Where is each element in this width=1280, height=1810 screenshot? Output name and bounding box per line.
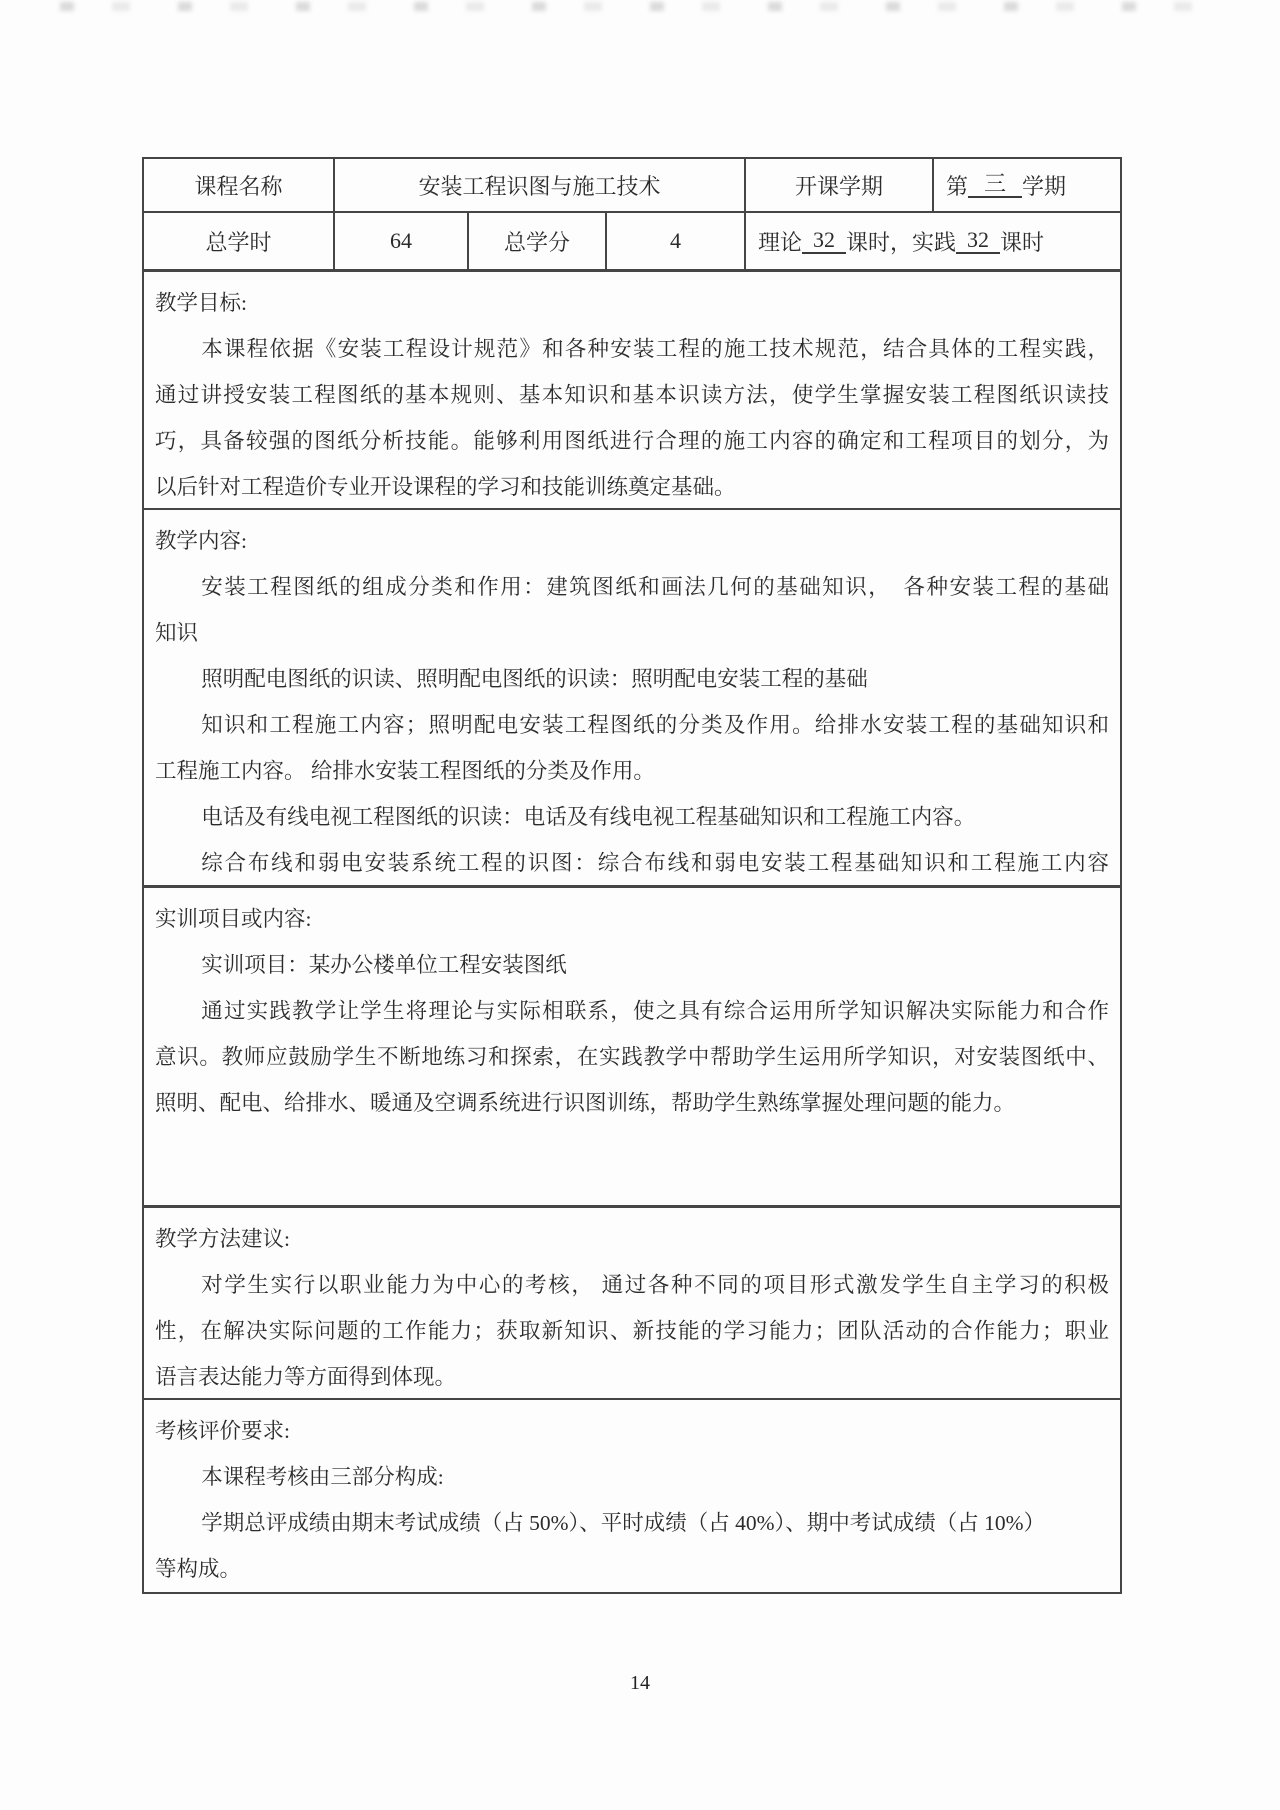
total-hours-label: 总学时 xyxy=(144,213,335,269)
text-line: 安装工程图纸的组成分类和作用：建筑图纸和画法几何的基础知识， 各种安装工程的基础 xyxy=(155,564,1109,610)
text-line: 通过实践教学让学生将理论与实际相联系，使之具有综合运用所学知识解决实际能力和合作 xyxy=(155,988,1109,1034)
section-body: 实训项目：某办公楼单位工程安装图纸通过实践教学让学生将理论与实际相联系，使之具有… xyxy=(155,942,1109,1126)
text-line: 对学生实行以职业能力为中心的考核， 通过各种不同的项目形式激发学生自主学习的积极 xyxy=(155,1262,1109,1308)
text-line: 本课程依据《安装工程设计规范》和各种安装工程的施工技术规范，结合具体的工程实践， xyxy=(155,326,1109,372)
text-line: 通过讲授安装工程图纸的基本规则、基本知识和基本识读方法，使学生掌握安装工程图纸识… xyxy=(155,372,1109,418)
section-title: 教学内容: xyxy=(155,518,1109,564)
semester-value: 三 xyxy=(968,172,1022,197)
section-practical-training: 实训项目或内容: 实训项目：某办公楼单位工程安装图纸通过实践教学让学生将理论与实… xyxy=(144,888,1120,1208)
total-credits-label: 总学分 xyxy=(469,213,607,269)
text-line: 学期总评成绩由期末考试成绩（占 50%）、平时成绩（占 40%）、期中考试成绩（… xyxy=(155,1500,1109,1546)
section-body: 安装工程图纸的组成分类和作用：建筑图纸和画法几何的基础知识， 各种安装工程的基础… xyxy=(155,564,1109,886)
theory-label: 理论 xyxy=(758,226,802,257)
table-row-course: 课程名称 安装工程识图与施工技术 开课学期 第三学期 xyxy=(144,159,1120,213)
semester-prefix: 第 xyxy=(946,170,968,201)
semester-label: 开课学期 xyxy=(746,159,934,211)
practice-hours-value: 32 xyxy=(956,228,1000,253)
section-teaching-content: 教学内容: 安装工程图纸的组成分类和作用：建筑图纸和画法几何的基础知识， 各种安… xyxy=(144,510,1120,888)
text-line: 性，在解决实际问题的工作能力；获取新知识、新技能的学习能力；团队活动的合作能力；… xyxy=(155,1308,1109,1354)
text-line: 综合布线和弱电安装系统工程的识图：综合布线和弱电安装工程基础知识和工程施工内容 xyxy=(155,840,1109,886)
text-line: 以后针对工程造价专业开设课程的学习和技能训练奠定基础。 xyxy=(155,464,1109,510)
hours-suffix-label: 课时 xyxy=(1000,226,1044,257)
section-title: 考核评价要求: xyxy=(155,1408,1109,1454)
section-body: 本课程考核由三部分构成:学期总评成绩由期末考试成绩（占 50%）、平时成绩（占 … xyxy=(155,1454,1109,1592)
course-name-value: 安装工程识图与施工技术 xyxy=(335,159,746,211)
text-line: 意识。教师应鼓励学生不断地练习和探索，在实践教学中帮助学生运用所学知识，对安装图… xyxy=(155,1034,1109,1080)
page-number: 14 xyxy=(0,1672,1280,1695)
section-assessment-requirements: 考核评价要求: 本课程考核由三部分构成:学期总评成绩由期末考试成绩（占 50%）… xyxy=(144,1400,1120,1592)
section-title: 实训项目或内容: xyxy=(155,896,1109,942)
total-credits-value: 4 xyxy=(607,213,746,269)
text-line: 电话及有线电视工程图纸的识读：电话及有线电视工程基础知识和工程施工内容。 xyxy=(155,794,1109,840)
semester-value-cell: 第三学期 xyxy=(934,159,1120,211)
text-line: 工程施工内容。 给排水安装工程图纸的分类及作用。 xyxy=(155,748,1109,794)
course-name-label: 课程名称 xyxy=(144,159,335,211)
hours-breakdown-cell: 理论32课时，实践32课时 xyxy=(746,213,1120,269)
semester-suffix: 学期 xyxy=(1022,170,1066,201)
total-hours-value: 64 xyxy=(335,213,469,269)
text-line: 巧，具备较强的图纸分析技能。能够利用图纸进行合理的施工内容的确定和工程项目的划分… xyxy=(155,418,1109,464)
table-row-hours: 总学时 64 总学分 4 理论32课时，实践32课时 xyxy=(144,213,1120,272)
text-line: 知识和工程施工内容；照明配电安装工程图纸的分类及作用。给排水安装工程的基础知识和 xyxy=(155,702,1109,748)
section-teaching-method-suggestions: 教学方法建议: 对学生实行以职业能力为中心的考核， 通过各种不同的项目形式激发学… xyxy=(144,1208,1120,1400)
text-line: 照明、配电、给排水、暖通及空调系统进行识图训练，帮助学生熟练掌握处理问题的能力。 xyxy=(155,1080,1109,1126)
text-line: 本课程考核由三部分构成: xyxy=(155,1454,1109,1500)
section-teaching-goals: 教学目标: 本课程依据《安装工程设计规范》和各种安装工程的施工技术规范，结合具体… xyxy=(144,272,1120,510)
theory-hours-value: 32 xyxy=(802,228,846,253)
text-line: 实训项目：某办公楼单位工程安装图纸 xyxy=(155,942,1109,988)
text-line: 语言表达能力等方面得到体现。 xyxy=(155,1354,1109,1400)
section-title: 教学方法建议: xyxy=(155,1216,1109,1262)
text-line: 知识 xyxy=(155,610,1109,656)
text-line: 照明配电图纸的识读、照明配电图纸的识读：照明配电安装工程的基础 xyxy=(155,656,1109,702)
course-syllabus-table: 课程名称 安装工程识图与施工技术 开课学期 第三学期 总学时 64 总学分 4 … xyxy=(142,157,1122,1594)
section-body: 本课程依据《安装工程设计规范》和各种安装工程的施工技术规范，结合具体的工程实践，… xyxy=(155,326,1109,510)
section-title: 教学目标: xyxy=(155,280,1109,326)
text-line: 等构成。 xyxy=(155,1546,1109,1592)
hours-mid-label: 课时，实践 xyxy=(846,226,956,257)
section-body: 对学生实行以职业能力为中心的考核， 通过各种不同的项目形式激发学生自主学习的积极… xyxy=(155,1262,1109,1400)
scan-noise-artifact xyxy=(60,2,1200,11)
